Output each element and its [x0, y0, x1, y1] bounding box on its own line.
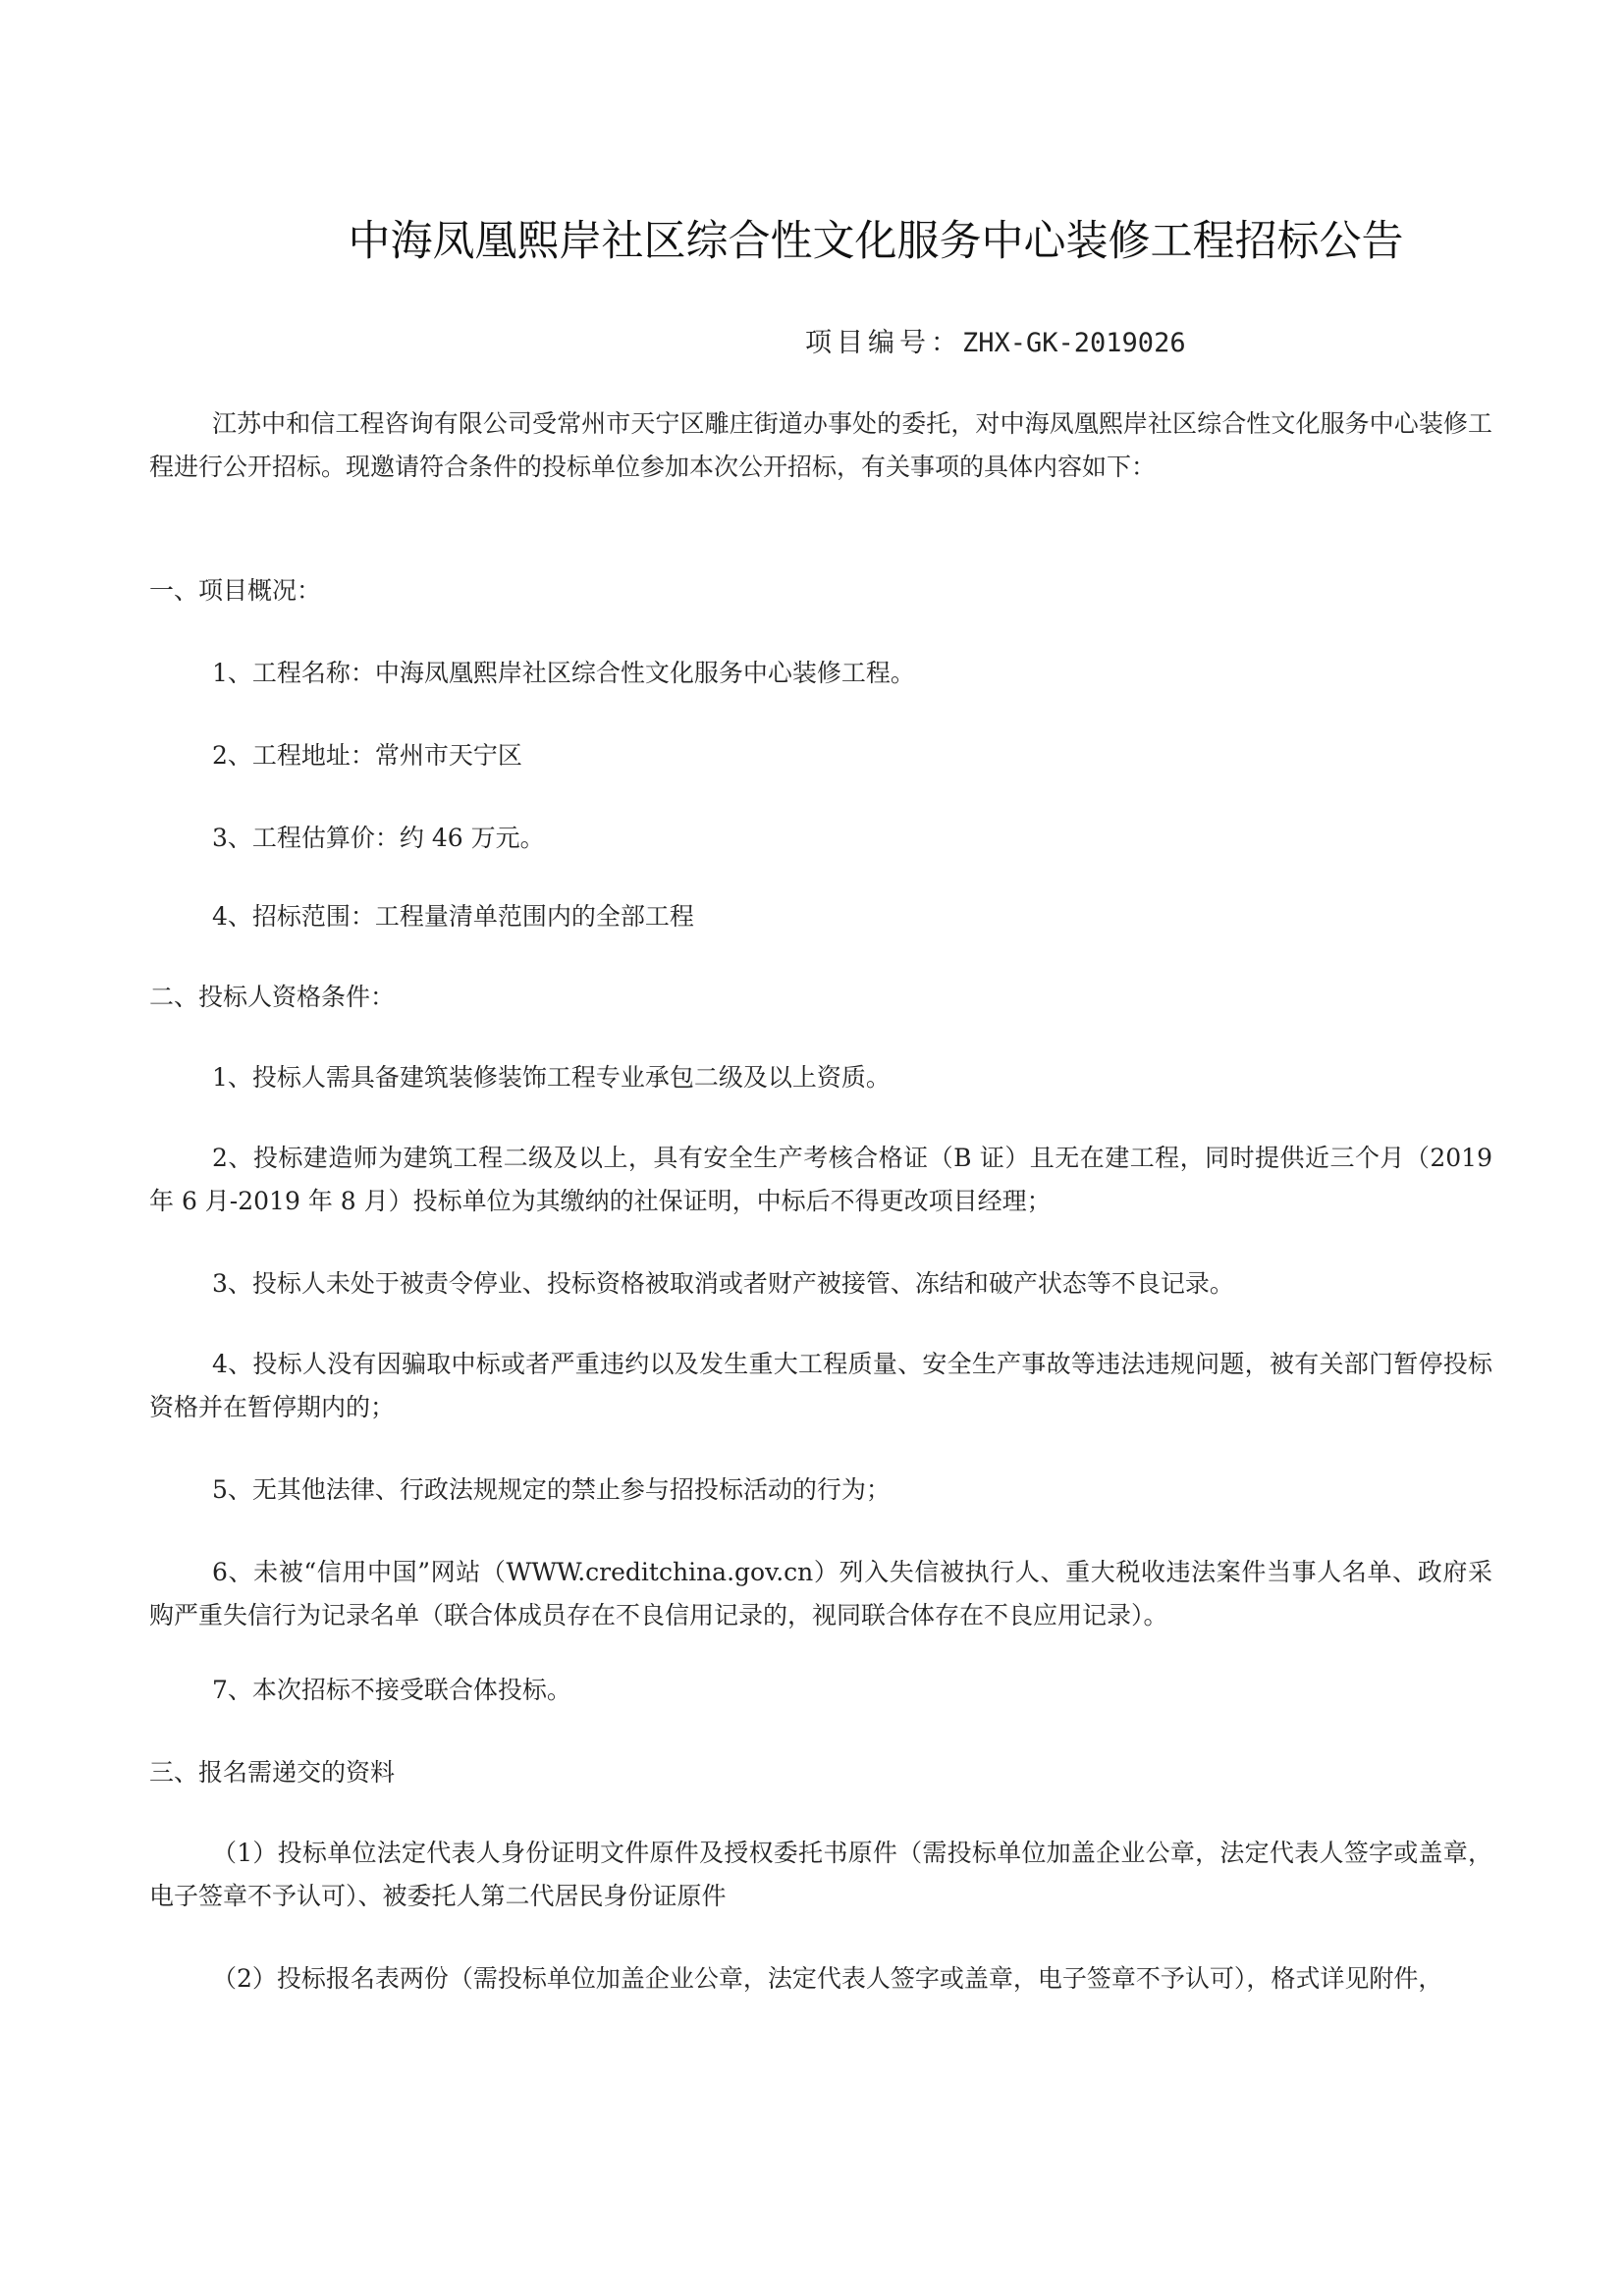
list-item: 1、工程名称：中海凤凰熙岸社区综合性文化服务中心装修工程。 [149, 652, 1555, 695]
list-item: 3、投标人未处于被责令停业、投标资格被取消或者财产被接管、冻结和破产状态等不良记… [149, 1262, 1555, 1306]
list-item: （2）投标报名表两份（需投标单位加盖企业公章，法定代表人签字或盖章，电子签章不予… [149, 1957, 1492, 2001]
section-heading-registration-materials: 三、报名需递交的资料 [149, 1751, 1492, 1794]
document-page: 中海凤凰熙岸社区综合性文化服务中心装修工程招标公告 项目编号：ZHX-GK-20… [0, 0, 1624, 2296]
list-item: 2、工程地址：常州市天宁区 [149, 734, 1555, 777]
section-heading-qualifications: 二、投标人资格条件： [149, 976, 1492, 1019]
list-item: 6、未被“信用中国”网站（WWW.creditchina.gov.cn）列入失信… [149, 1551, 1492, 1637]
list-item: 4、投标人没有因骗取中标或者严重违约以及发生重大工程质量、安全生产事故等违法违规… [149, 1343, 1492, 1429]
project-number-value: ZHX-GK-2019026 [962, 328, 1186, 358]
list-item: 4、招标范围：工程量清单范围内的全部工程 [149, 895, 1555, 938]
document-title: 中海凤凰熙岸社区综合性文化服务中心装修工程招标公告 [0, 214, 1624, 269]
list-item: 7、本次招标不接受联合体投标。 [149, 1669, 1555, 1712]
project-number-label: 项目编号： [805, 328, 962, 358]
list-item: 3、工程估算价：约 46 万元。 [149, 817, 1555, 860]
project-number: 项目编号：ZHX-GK-2019026 [805, 324, 1186, 363]
list-item: （1）投标单位法定代表人身份证明文件原件及授权委托书原件（需投标单位加盖企业公章… [149, 1832, 1492, 1918]
list-item: 1、投标人需具备建筑装修装饰工程专业承包二级及以上资质。 [149, 1056, 1555, 1099]
list-item: 5、无其他法律、行政法规规定的禁止参与招投标活动的行为； [149, 1468, 1555, 1512]
list-item: 2、投标建造师为建筑工程二级及以上，具有安全生产考核合格证（B 证）且无在建工程… [149, 1137, 1492, 1223]
section-heading-overview: 一、项目概况： [149, 569, 1492, 613]
intro-paragraph: 江苏中和信工程咨询有限公司受常州市天宁区雕庄街道办事处的委托，对中海凤凰熙岸社区… [149, 402, 1492, 489]
